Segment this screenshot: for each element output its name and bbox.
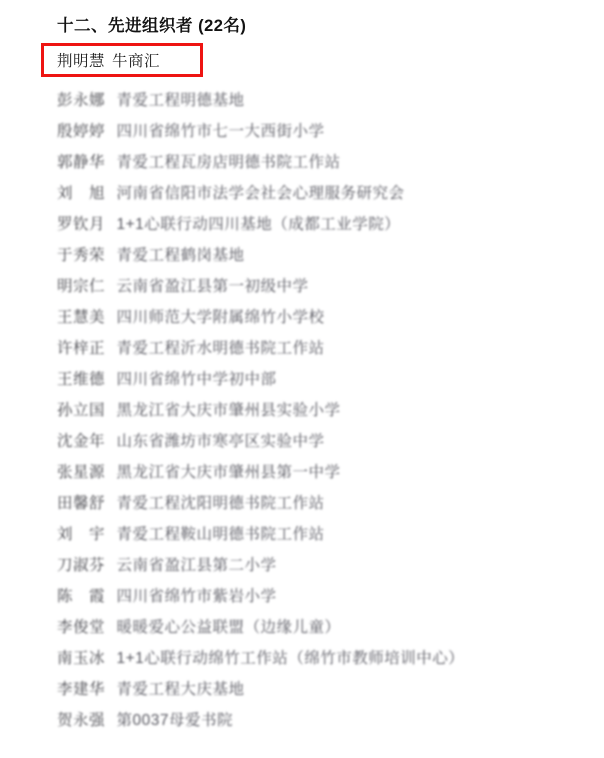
list-item: 刘 旭 河南省信阳市法学会社会心理服务研究会 (57, 178, 597, 209)
entries-list: 彭永娜 青爱工程明德基地 殷婷婷 四川省绵竹市七一大西街小学 郭静华 青爱工程瓦… (57, 85, 597, 736)
list-item: 刘 宇 青爱工程鞍山明德书院工作站 (57, 519, 597, 550)
organization-name: 青爱工程沂水明德书院工作站 (116, 340, 324, 357)
person-name: 彭永娜 (57, 92, 105, 109)
organization-name: 四川省绵竹中学初中部 (116, 371, 276, 388)
list-item: 南玉冰 1+1心联行动绵竹工作站（绵竹市教师培训中心） (57, 643, 597, 674)
person-name: 许梓正 (57, 340, 105, 357)
organization-name: 云南省盈江县第一初级中学 (116, 278, 308, 295)
person-name: 陈 霞 (57, 588, 105, 605)
section-title: 十二、先进组织者 (22名) (57, 12, 246, 36)
organization-name: 黑龙江省大庆市肇州县实验小学 (116, 402, 340, 419)
document-page: 十二、先进组织者 (22名) 荆明慧 牛商汇 彭永娜 青爱工程明德基地 殷婷婷 … (0, 0, 604, 758)
organization-name: 山东省潍坊市寒亭区实验中学 (116, 433, 324, 450)
list-item: 王慧美 四川师范大学附属绵竹小学校 (57, 302, 597, 333)
person-name: 王慧美 (57, 309, 105, 326)
person-name: 张星源 (57, 464, 105, 481)
person-name: 刀淑芬 (57, 557, 105, 574)
list-item: 于秀荣 青爱工程鹤岗基地 (57, 240, 597, 271)
organization-name: 青爱工程鹤岗基地 (116, 247, 244, 264)
highlighted-person-name: 荆明慧 (57, 49, 105, 71)
organization-name: 黑龙江省大庆市肇州县第一中学 (116, 464, 340, 481)
list-item: 殷婷婷 四川省绵竹市七一大西街小学 (57, 116, 597, 147)
person-name: 殷婷婷 (57, 123, 105, 140)
list-item: 陈 霞 四川省绵竹市紫岩小学 (57, 581, 597, 612)
organization-name: 青爱工程明德基地 (116, 92, 244, 109)
organization-name: 1+1心联行动绵竹工作站（绵竹市教师培训中心） (116, 650, 464, 667)
list-item: 王维德 四川省绵竹中学初中部 (57, 364, 597, 395)
organization-name: 河南省信阳市法学会社会心理服务研究会 (116, 185, 404, 202)
list-item: 李俊堂 暖暖爱心公益联盟（边缘儿童） (57, 612, 597, 643)
person-name: 罗钦月 (57, 216, 105, 233)
list-item: 明宗仁 云南省盈江县第一初级中学 (57, 271, 597, 302)
person-name: 南玉冰 (57, 650, 105, 667)
organization-name: 青爱工程瓦房店明德书院工作站 (116, 154, 340, 171)
list-item: 刀淑芬 云南省盈江县第二小学 (57, 550, 597, 581)
organization-name: 四川师范大学附属绵竹小学校 (116, 309, 324, 326)
person-name: 明宗仁 (57, 278, 105, 295)
highlight-annotation-box: 荆明慧 牛商汇 (41, 43, 203, 77)
person-name: 李俊堂 (57, 619, 105, 636)
organization-name: 四川省绵竹市紫岩小学 (116, 588, 276, 605)
organization-name: 青爱工程鞍山明德书院工作站 (116, 526, 324, 543)
list-item: 田馨舒 青爱工程沈阳明德书院工作站 (57, 488, 597, 519)
list-item: 李建华 青爱工程大庆基地 (57, 674, 597, 705)
person-name: 刘 宇 (57, 526, 105, 543)
list-item: 贺永强 第0037母爱书院 (57, 705, 597, 736)
person-name: 孙立国 (57, 402, 105, 419)
organization-name: 四川省绵竹市七一大西街小学 (116, 123, 324, 140)
person-name: 田馨舒 (57, 495, 105, 512)
person-name: 于秀荣 (57, 247, 105, 264)
list-item: 许梓正 青爱工程沂水明德书院工作站 (57, 333, 597, 364)
organization-name: 暖暖爱心公益联盟（边缘儿童） (116, 619, 340, 636)
organization-name: 第0037母爱书院 (116, 712, 232, 729)
list-item: 彭永娜 青爱工程明德基地 (57, 85, 597, 116)
organization-name: 1+1心联行动四川基地（成都工业学院） (116, 216, 400, 233)
person-name: 王维德 (57, 371, 105, 388)
organization-name: 青爱工程大庆基地 (116, 681, 244, 698)
list-item: 张星源 黑龙江省大庆市肇州县第一中学 (57, 457, 597, 488)
person-name: 刘 旭 (57, 185, 105, 202)
list-item: 郭静华 青爱工程瓦房店明德书院工作站 (57, 147, 597, 178)
person-name: 贺永强 (57, 712, 105, 729)
organization-name: 云南省盈江县第二小学 (116, 557, 276, 574)
list-item: 孙立国 黑龙江省大庆市肇州县实验小学 (57, 395, 597, 426)
person-name: 郭静华 (57, 154, 105, 171)
list-item: 罗钦月 1+1心联行动四川基地（成都工业学院） (57, 209, 597, 240)
person-name: 李建华 (57, 681, 105, 698)
person-name: 沈金年 (57, 433, 105, 450)
list-item: 沈金年 山东省潍坊市寒亭区实验中学 (57, 426, 597, 457)
highlighted-organization-name: 牛商汇 (112, 49, 160, 71)
organization-name: 青爱工程沈阳明德书院工作站 (116, 495, 324, 512)
